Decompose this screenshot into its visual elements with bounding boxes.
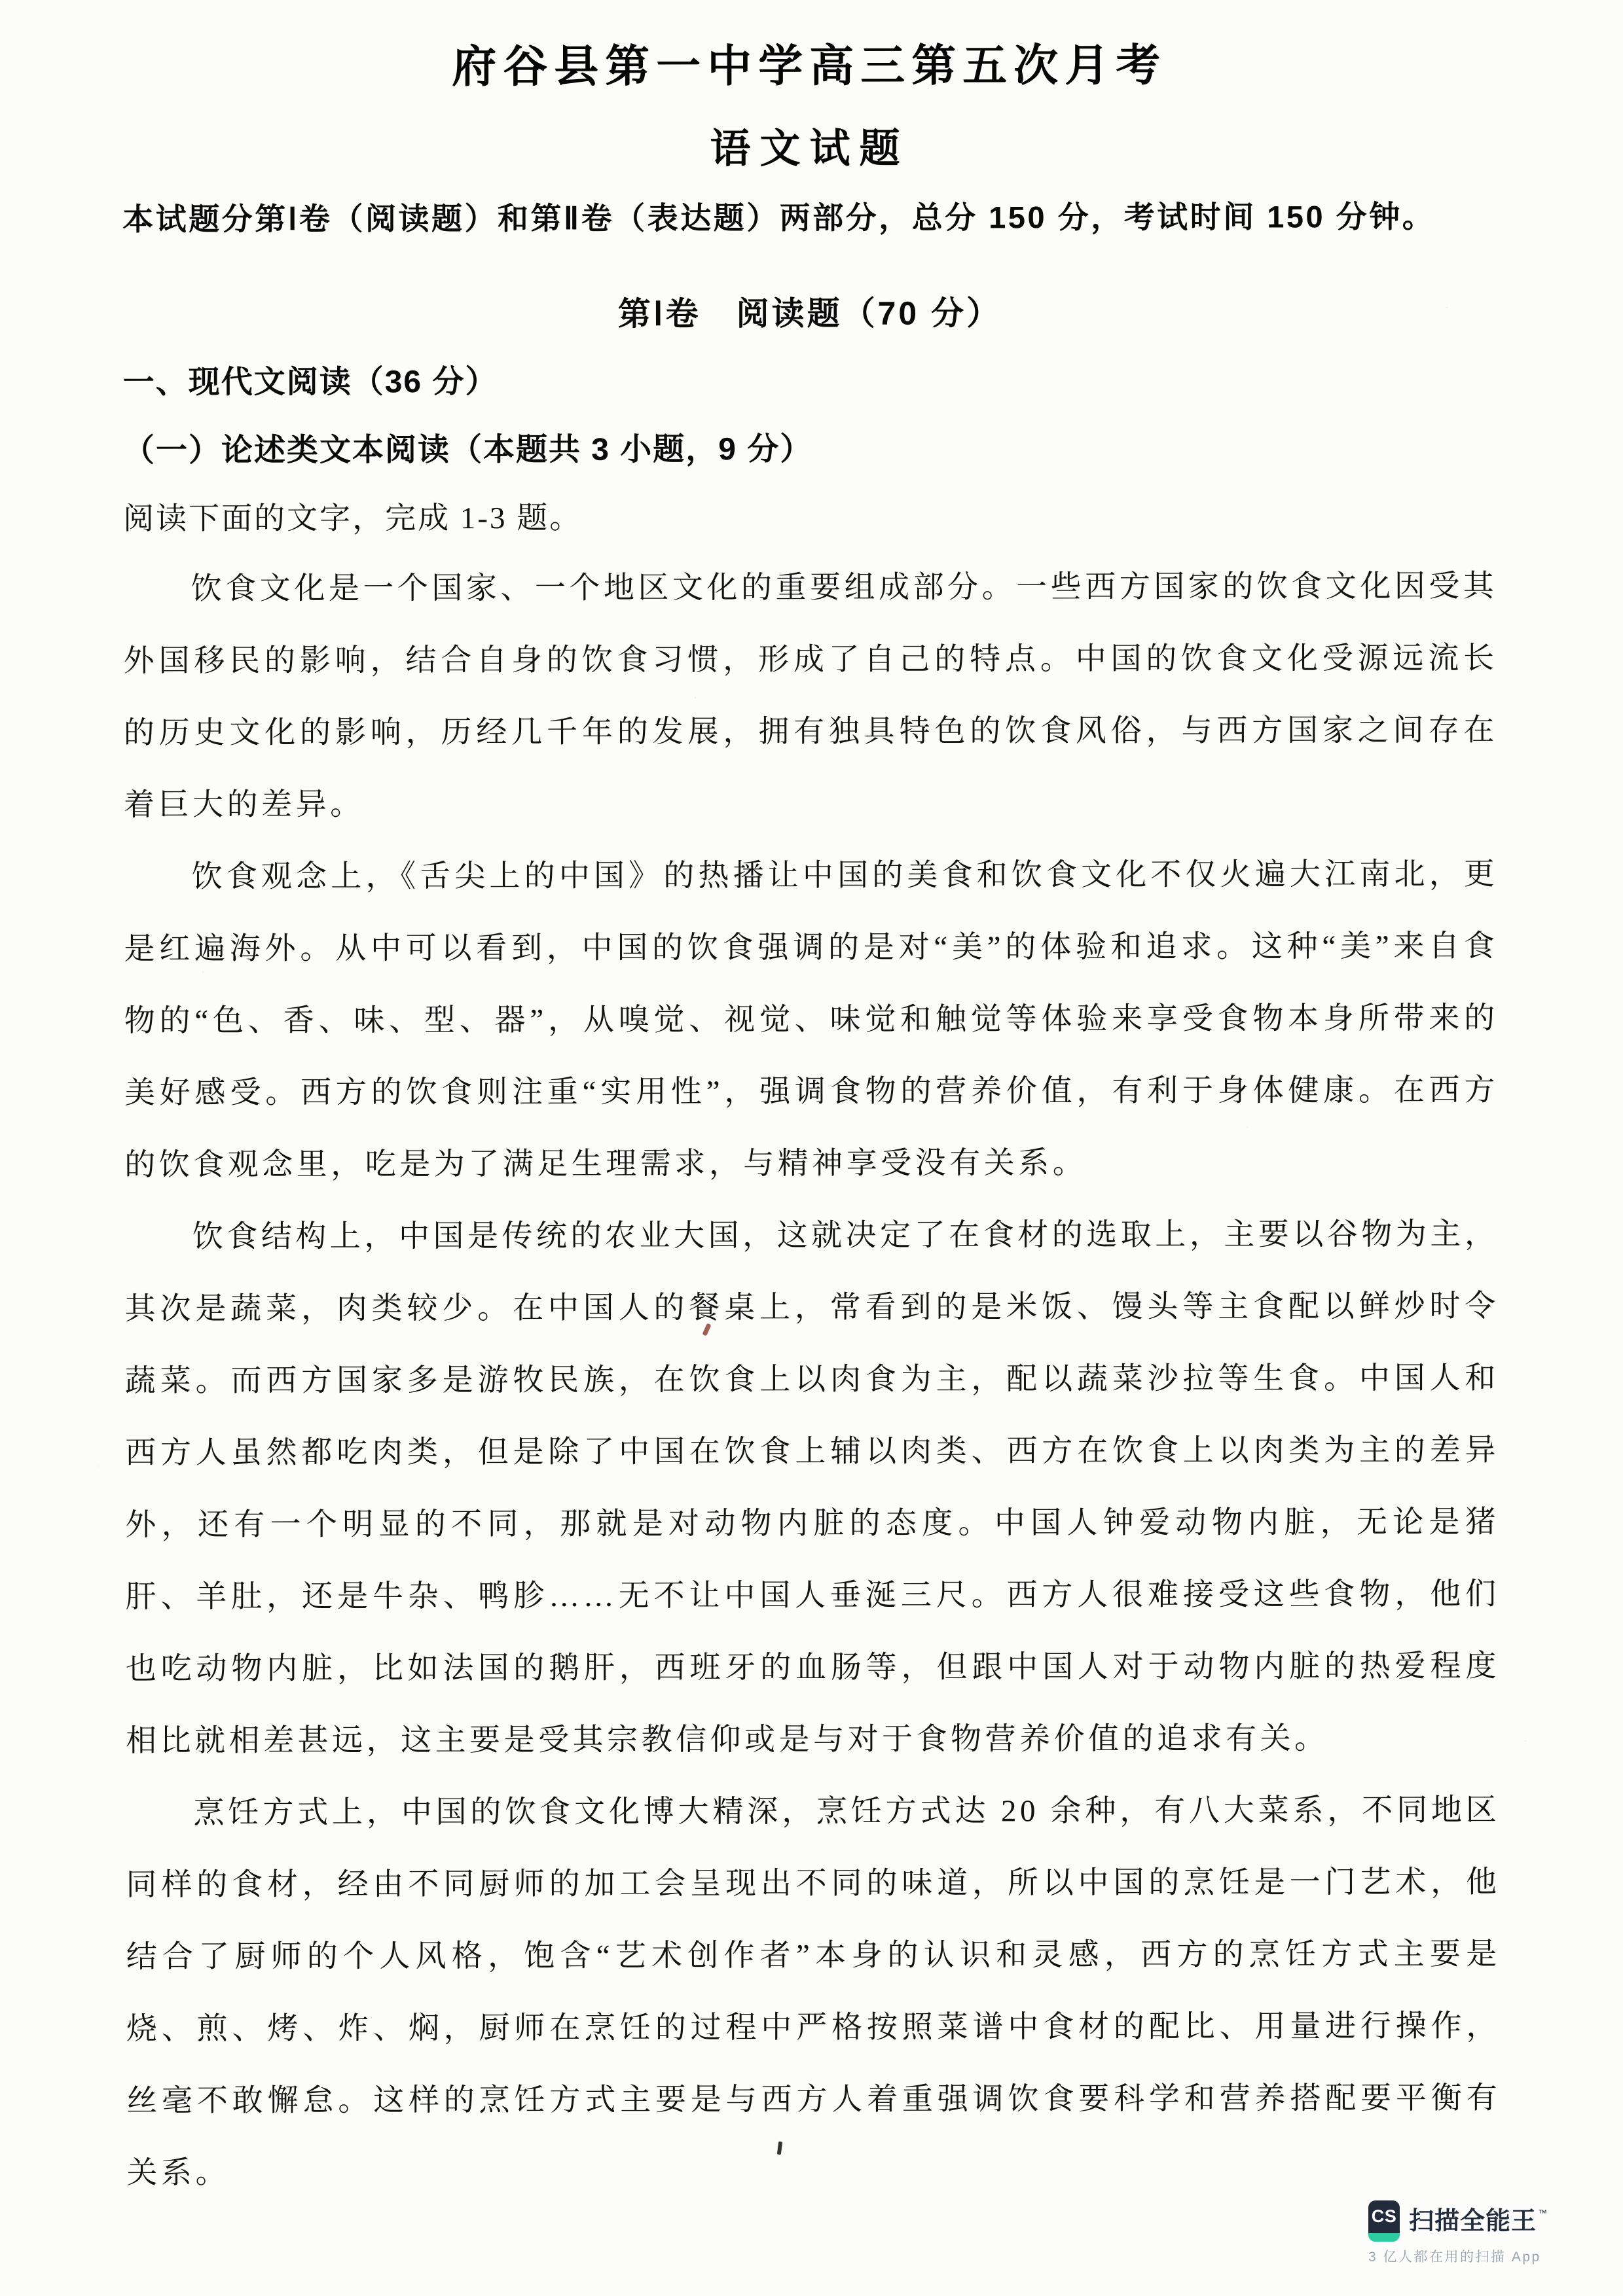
camscanner-logo-accent-bar [1368,2233,1400,2242]
page-title: 府谷县第一中学高三第五次月考 [122,35,1497,98]
exam-info-line: 本试题分第Ⅰ卷（阅读题）和第Ⅱ卷（表达题）两部分，总分 150 分，考试时间 1… [122,185,1497,251]
page-subtitle: 语文试题 [122,118,1497,180]
scanned-exam-page: 府谷县第一中学高三第五次月考 语文试题 本试题分第Ⅰ卷（阅读题）和第Ⅱ卷（表达题… [0,0,1623,2296]
camscanner-tagline: 3 亿人都在用的扫描 App [1368,2250,1547,2265]
exam-content: 府谷县第一中学高三第五次月考 语文试题 本试题分第Ⅰ卷（阅读题）和第Ⅱ卷（表达题… [0,0,1623,2210]
reading-instruction: 阅读下面的文字，完成 1-3 题。 [123,482,1497,553]
section-heading-volume-1: 第Ⅰ卷 阅读题（70 分） [122,278,1497,349]
camscanner-watermark: CS 扫描全能王™ 3 亿人都在用的扫描 App [1368,2200,1547,2265]
camscanner-app-name: 扫描全能王 [1409,2208,1537,2235]
camscanner-name-wrap: 扫描全能王™ [1409,2206,1547,2237]
body-paragraph-4: 烹饪方式上，中国的饮食文化博大精深，烹饪方式达 20 余种，有八大菜系，不同地区… [126,1774,1501,2209]
camscanner-logo-icon: CS [1368,2200,1400,2242]
camscanner-logo-row: CS 扫描全能王™ [1368,2200,1547,2242]
body-paragraph-2: 饮食观念上，《舌尖上的中国》的热播让中国的美食和饮食文化不仅火遍大江南北，更是红… [124,838,1499,1201]
trademark-symbol: ™ [1538,2208,1547,2218]
part-heading-modern-reading: 一、现代文阅读（36 分） [123,346,1497,417]
subpart-heading-discursive-text: （一）论述类文本阅读（本题共 3 小题，9 分） [123,414,1497,485]
body-paragraph-3: 饮食结构上，中国是传统的农业大国，这就决定了在食材的选取上，主要以谷物为主，其次… [124,1198,1500,1777]
body-paragraph-1: 饮食文化是一个国家、一个地区文化的重要组成部分。一些西方国家的饮食文化因受其外国… [123,550,1498,841]
